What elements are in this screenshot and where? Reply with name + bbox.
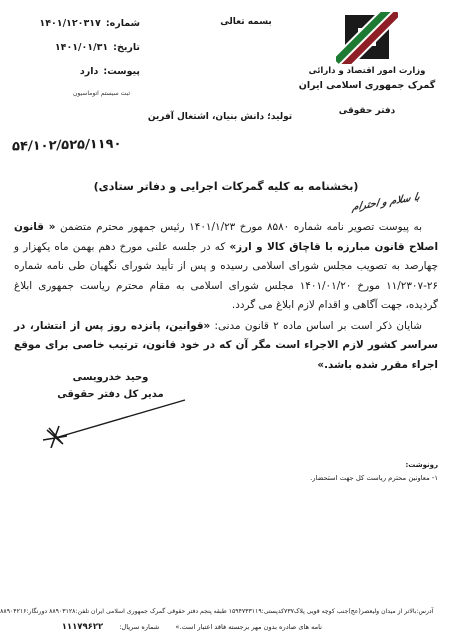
body-p2-text-1: شایان ذکر است بر اساس ماده ۲ قانون مدنی: (210, 320, 422, 332)
signer-name: وحید خدرویسی (38, 372, 183, 383)
footer-serial-value: ۱۱۱۷۹۶۲۲ (62, 622, 104, 632)
letter-date-row: تاریخ: ۱۴۰۱/۰۱/۳۱ (12, 42, 140, 53)
letter-meta: شماره: ۱۴۰۱/۱۲۰۳۱۷ تاریخ: ۱۴۰۱/۰۱/۳۱ پیو… (12, 18, 140, 97)
letter-number-label: شماره: (106, 18, 140, 29)
cc-block: رونوشت: ۱- معاونین محترم ریاست کل جهت اس… (268, 461, 438, 482)
letter-number-row: شماره: ۱۴۰۱/۱۲۰۳۱۷ (12, 18, 140, 29)
handwritten-salutation: با سلام و احترام (351, 191, 420, 213)
customs-logo-icon (336, 12, 398, 64)
body-paragraph-2: شایان ذکر است بر اساس ماده ۲ قانون مدنی:… (14, 317, 438, 376)
letter-date-label: تاریخ: (113, 42, 140, 53)
cc-item-1: ۱- معاونین محترم ریاست کل جهت استحضار. (268, 474, 438, 482)
footer-address: آدرس:بالاتر از میدان ولیعصر(عج)جنب کوچه … (19, 607, 434, 615)
handwritten-ref-number: ۵۴/۱۰۲/۵۲۵/۱۱۹۰ (12, 137, 122, 155)
automation-note: ثبت سیستم اتوماسیون (12, 90, 130, 97)
letter-body: به پیوست تصویر نامه شماره ۸۵۸۰ مورخ ۱۴۰۱… (14, 218, 438, 375)
footer-validity-note: نامه های صادره بدون مهر برجسته فاقد اعتب… (175, 623, 322, 631)
organization-name: گمرک جمهوری اسلامی ایران (299, 80, 435, 91)
year-slogan: تولید؛ دانش بنیان، اشتغال آفرین (130, 112, 310, 122)
subject-line: (بخشنامه به کلیه گمرکات اجرایی و دفاتر س… (0, 180, 452, 193)
office-name: دفتر حقوقی (339, 106, 396, 116)
letter-attachment-value: دارد (80, 66, 98, 77)
footer-serial-label: شماره سریال: (119, 623, 159, 631)
footer: آدرس:بالاتر از میدان ولیعصر(عج)جنب کوچه … (10, 607, 442, 632)
body-p1-text-1: به پیوست تصویر نامه شماره ۸۵۸۰ مورخ ۱۴۰۱… (56, 221, 422, 233)
cc-label: رونوشت: (268, 461, 438, 469)
signature-block: وحید خدرویسی مدیر کل دفتر حقوقی (38, 372, 183, 400)
letterhead: وزارت امور اقتصاد و دارائی گمرک جمهوری ا… (288, 12, 446, 116)
footer-validity-row: نامه های صادره بدون مهر برجسته فاقد اعتب… (10, 622, 442, 632)
body-paragraph-1: به پیوست تصویر نامه شماره ۸۵۸۰ مورخ ۱۴۰۱… (14, 218, 438, 316)
ministry-name: وزارت امور اقتصاد و دارائی (309, 66, 426, 76)
bismillah: بسمه تعالی (196, 17, 296, 27)
letter-attachment-row: پیوست: دارد (12, 66, 140, 77)
signer-title: مدیر کل دفتر حقوقی (38, 389, 183, 400)
scanned-letter-page: وزارت امور اقتصاد و دارائی گمرک جمهوری ا… (0, 0, 452, 640)
letter-attachment-label: پیوست: (103, 66, 140, 77)
letter-date-value: ۱۴۰۱/۰۱/۳۱ (55, 42, 108, 53)
letter-number-value: ۱۴۰۱/۱۲۰۳۱۷ (39, 18, 100, 29)
